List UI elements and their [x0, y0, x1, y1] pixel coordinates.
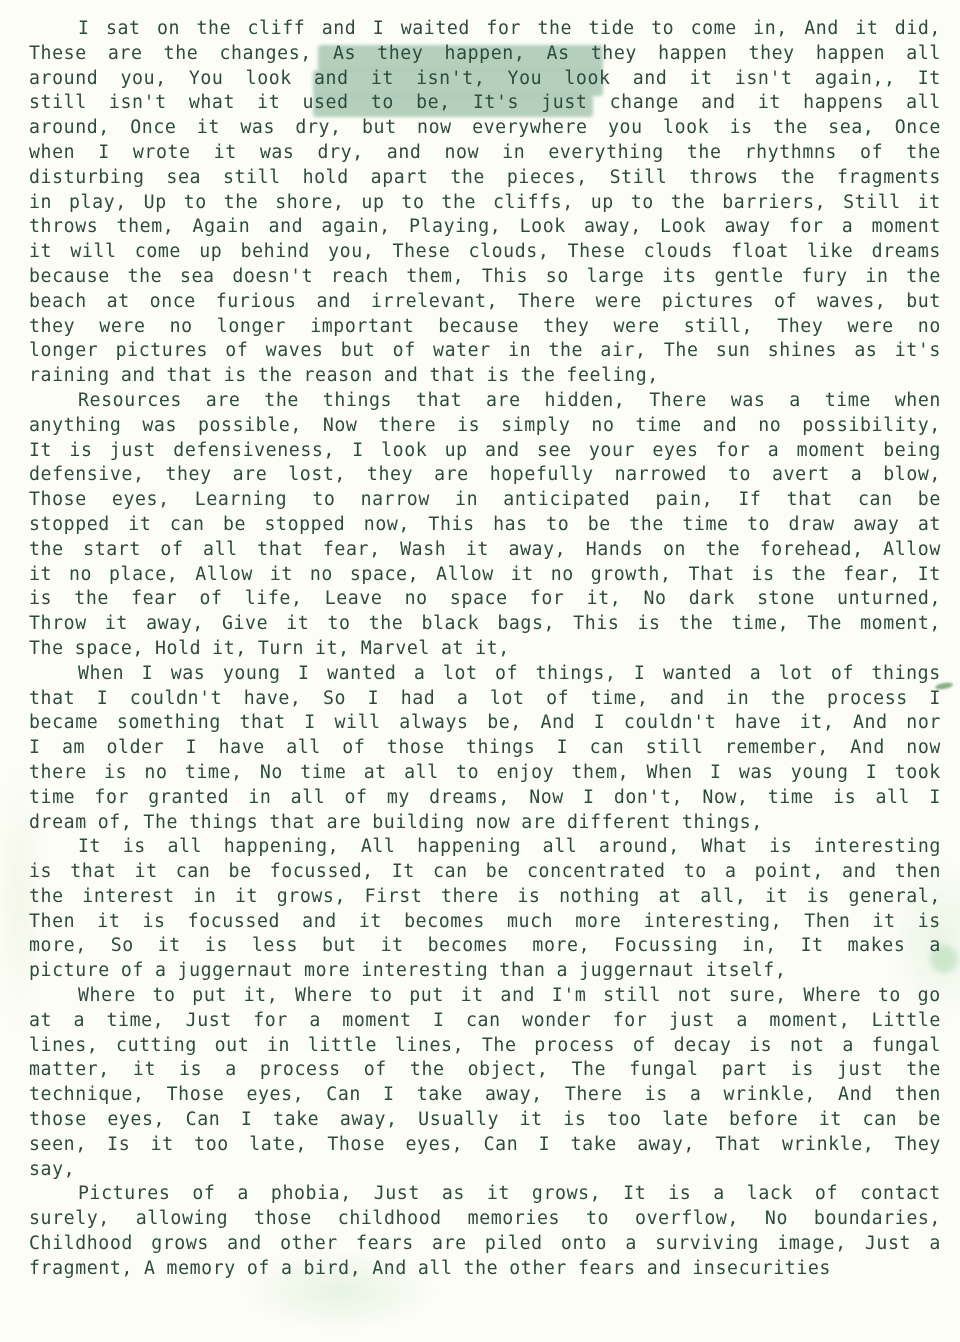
word: What	[701, 835, 747, 860]
word: young	[223, 662, 281, 687]
text-line: isthefearoflife,Leavenospaceforit,Nodark…	[29, 587, 941, 612]
word: I	[583, 786, 595, 811]
word: Childhood	[29, 1232, 133, 1257]
word: image,	[777, 1232, 846, 1257]
word: I	[368, 687, 380, 712]
word: and	[633, 67, 668, 92]
word: longer	[217, 315, 286, 340]
word: the	[197, 17, 232, 42]
word: technique,	[29, 1083, 145, 1108]
word: tide	[588, 17, 634, 42]
word: No	[260, 761, 283, 786]
word: are	[521, 811, 556, 836]
word: it,	[587, 587, 622, 612]
word: Still	[843, 191, 901, 216]
word: it's	[895, 339, 941, 364]
word: furious	[216, 290, 297, 315]
word: concentrated	[527, 860, 666, 885]
word: The	[29, 637, 64, 662]
word: in	[508, 339, 531, 364]
word: but	[906, 290, 941, 315]
word: Hands	[586, 538, 644, 563]
word: space,	[75, 637, 144, 662]
word: When	[78, 662, 124, 687]
word: now	[444, 141, 479, 166]
word: wonder	[522, 1009, 591, 1034]
word: isn't	[109, 91, 167, 116]
word: This	[573, 612, 619, 637]
word: simply	[501, 414, 570, 439]
word: Still	[610, 166, 668, 191]
word: of	[199, 587, 222, 612]
text-line: say,	[29, 1158, 941, 1183]
word: come	[691, 17, 737, 42]
word: I	[866, 761, 878, 786]
word: look	[564, 67, 610, 92]
word: air,	[600, 339, 646, 364]
word: in	[726, 687, 749, 712]
word: The	[482, 1034, 517, 1059]
word: other	[509, 1257, 567, 1282]
word: Learning	[195, 488, 287, 513]
word: There	[518, 290, 576, 315]
word: Playing,	[409, 215, 501, 240]
paragraph: Resourcesarethethingsthatarehidden,There…	[29, 389, 941, 662]
word: it	[690, 67, 713, 92]
word: them,	[406, 265, 464, 290]
word: it	[29, 563, 52, 588]
word: It	[78, 835, 101, 860]
word: unturned,	[837, 587, 941, 612]
word: not	[790, 1034, 825, 1059]
word: to	[586, 1207, 609, 1232]
word: a	[789, 389, 801, 414]
word: all,	[700, 885, 746, 910]
word: it,	[315, 637, 350, 662]
word: of	[815, 1182, 838, 1207]
word: different	[567, 811, 671, 836]
paragraph: Picturesofaphobia,Justasitgrows,Itisalac…	[29, 1182, 941, 1281]
word: of	[860, 141, 883, 166]
word: sat	[106, 17, 141, 42]
word: eyes,	[405, 1133, 463, 1158]
text-line: Picturesofaphobia,Justasitgrows,Itisalac…	[29, 1182, 941, 1207]
word: more,	[532, 934, 590, 959]
word: all	[906, 91, 941, 116]
word: lack	[747, 1182, 793, 1207]
word: lot	[779, 662, 814, 687]
word: eyes,	[112, 488, 170, 513]
word: itself,	[706, 959, 787, 984]
word: up	[591, 191, 614, 216]
word: to	[401, 191, 424, 216]
word: on	[157, 17, 180, 42]
word: is	[769, 835, 792, 860]
word: waves,	[817, 290, 886, 315]
word: point,	[755, 860, 824, 885]
word: the	[29, 538, 64, 563]
word: it	[758, 91, 781, 116]
word: It	[392, 860, 415, 885]
word: as	[442, 1182, 465, 1207]
word: boundaries,	[814, 1207, 941, 1232]
word: Just	[186, 1009, 232, 1034]
word: was	[142, 414, 177, 439]
text-line: rainingandthatisthereasonandthatisthefee…	[29, 364, 941, 389]
word: still,	[684, 315, 753, 340]
word: And	[853, 711, 888, 736]
word: nor	[906, 711, 941, 736]
word: and	[703, 414, 738, 439]
text-line: seen,Isittoolate,Thoseeyes,CanItakeaway,…	[29, 1133, 941, 1158]
word: wrinkle,	[782, 1133, 874, 1158]
word: have	[219, 736, 265, 761]
word: couldn't	[130, 687, 222, 712]
word: And	[850, 736, 885, 761]
word: away	[724, 215, 770, 240]
word: life,	[245, 587, 303, 612]
word: It	[29, 439, 52, 464]
word: so	[546, 265, 569, 290]
word: at	[29, 1009, 52, 1034]
word: I	[929, 786, 941, 811]
word: of	[192, 1182, 215, 1207]
word: put	[192, 984, 227, 1009]
word: It	[918, 563, 941, 588]
text-line: becamesomethingthatIwillalwaysbe,AndIcou…	[29, 711, 941, 736]
word: No	[765, 1207, 788, 1232]
word: is	[730, 116, 753, 141]
word: couldn't	[624, 711, 716, 736]
word: isn't	[735, 67, 793, 92]
word: have,	[244, 687, 302, 712]
text-line: thatIcouldn'thave,SoIhadalotoftime,andin…	[29, 687, 941, 712]
word: interesting	[361, 959, 488, 984]
word: young	[791, 761, 849, 786]
word: Look	[520, 215, 566, 240]
word: Usually	[418, 1108, 499, 1133]
word: Those	[29, 488, 87, 513]
word: but	[341, 339, 376, 364]
word: general,	[849, 885, 941, 910]
word: you,	[328, 240, 374, 265]
word: important	[310, 315, 414, 340]
word: it	[466, 538, 489, 563]
word: part	[722, 1058, 768, 1083]
word: a	[929, 934, 941, 959]
word: is	[123, 835, 146, 860]
word: to	[651, 17, 674, 42]
word: it	[214, 141, 237, 166]
word: A	[144, 1257, 156, 1282]
word: did,	[895, 17, 941, 42]
word: shore,	[275, 191, 344, 216]
word: it,	[212, 637, 247, 662]
word: say,	[29, 1158, 75, 1183]
word: is	[637, 612, 660, 637]
word: late	[662, 1108, 708, 1133]
word: anything	[29, 414, 121, 439]
word: be	[486, 860, 509, 885]
word: being	[883, 439, 941, 464]
word: isn't,	[416, 67, 485, 92]
word: at	[364, 761, 387, 786]
word: of	[342, 736, 365, 761]
word: stopped	[29, 513, 110, 538]
word: away,	[485, 1083, 543, 1108]
word: away,	[637, 1133, 695, 1158]
word: large	[587, 265, 645, 290]
text-line: defensive,theyarelost,theyarehopefullyna…	[29, 463, 941, 488]
word: Is	[107, 1133, 130, 1158]
word: look	[663, 116, 709, 141]
word: is	[807, 885, 830, 910]
word: time,	[185, 761, 243, 786]
word: eyes,	[246, 1083, 304, 1108]
word: don't,	[614, 786, 683, 811]
word: disturbing	[29, 166, 145, 191]
word: it,	[475, 637, 510, 662]
word: I	[557, 736, 569, 761]
word: your	[589, 439, 635, 464]
word: not	[678, 984, 713, 1009]
word: waves	[266, 339, 324, 364]
word: and	[500, 984, 535, 1009]
word: was	[739, 761, 774, 786]
word: in,	[742, 934, 777, 959]
text-line: Thoseeyes,Learningtonarrowinanticipatedp…	[29, 488, 941, 513]
word: are	[432, 1232, 467, 1257]
word: process	[827, 687, 908, 712]
word: shines	[768, 339, 837, 364]
text-line: Itisjustdefensiveness,Ilookupandseeyoure…	[29, 439, 941, 464]
word: It	[918, 67, 941, 92]
word: are	[206, 389, 241, 414]
word: are	[233, 463, 268, 488]
word: go	[918, 984, 941, 1009]
word: picture	[29, 959, 110, 984]
word: were	[99, 315, 145, 340]
word: to	[684, 860, 707, 885]
text-line: Thespace,Holdit,Turnit,Marvelatit,	[29, 637, 941, 662]
word: a	[237, 1182, 249, 1207]
word: in	[29, 191, 52, 216]
word: is	[224, 364, 247, 389]
word: but	[362, 116, 397, 141]
text-line: aroundyou,Youlookanditisn't,Youlookandit…	[29, 67, 941, 92]
word: can	[466, 1009, 501, 1034]
word: and	[701, 91, 736, 116]
word: They	[777, 315, 823, 340]
word: Where	[803, 984, 861, 1009]
text-line: thoseeyes,CanItakeaway,Usuallyitistoolat…	[29, 1108, 941, 1133]
word: time	[825, 389, 871, 414]
word: fears	[356, 1232, 414, 1257]
paragraph: WhenIwasyoungIwantedalotofthings,Iwanted…	[29, 662, 941, 836]
word: be	[588, 513, 611, 538]
word: The	[807, 612, 842, 637]
word: the	[679, 612, 714, 637]
word: All	[361, 835, 396, 860]
word: away,	[584, 215, 642, 240]
word: time	[29, 786, 75, 811]
word: I	[241, 1108, 253, 1133]
word: dreams,	[429, 786, 510, 811]
word: of	[247, 1257, 270, 1282]
word: are	[108, 42, 143, 67]
word: wrote	[133, 141, 191, 166]
word: becomes	[404, 910, 485, 935]
text-line: Thenitisfocussedanditbecomesmuchmoreinte…	[29, 910, 941, 935]
word: the	[773, 116, 808, 141]
word: are	[434, 463, 469, 488]
text-line: Throwitaway,Giveittotheblackbags,Thisist…	[29, 612, 941, 637]
word: That	[688, 563, 734, 588]
word: all	[203, 538, 238, 563]
word: Resources	[78, 389, 182, 414]
word: it,	[244, 984, 279, 1009]
word: that	[70, 860, 116, 885]
word: I	[186, 736, 198, 761]
word: to	[728, 463, 751, 488]
word: it	[286, 612, 309, 637]
word: they	[749, 42, 795, 67]
word: dark	[689, 587, 735, 612]
word: still	[603, 984, 661, 1009]
word: I	[298, 662, 310, 687]
word: a	[155, 959, 167, 984]
word: fragment,	[29, 1257, 133, 1282]
text-line: becausetheseadoesn'treachthem,Thissolarg…	[29, 265, 941, 290]
word: just	[669, 1009, 715, 1034]
word: around,	[29, 116, 110, 141]
text-line: longerpicturesofwavesbutofwaterintheair,…	[29, 339, 941, 364]
word: on	[663, 538, 686, 563]
word: avert	[772, 463, 830, 488]
word: doesn't	[232, 265, 313, 290]
word: no	[69, 563, 92, 588]
word: at	[107, 290, 130, 315]
word: gentle	[714, 265, 783, 290]
word: play,	[69, 191, 127, 216]
word: less	[252, 934, 298, 959]
word: its	[662, 265, 697, 290]
word: narrowed	[615, 463, 707, 488]
word: because	[29, 265, 110, 290]
word: time	[635, 414, 681, 439]
word: decay	[674, 1034, 732, 1059]
word: cliffs,	[493, 191, 574, 216]
word: pain,	[655, 488, 713, 513]
word: fragments	[837, 166, 941, 191]
word: waited	[401, 17, 470, 42]
word: up	[361, 191, 384, 216]
word: little	[308, 1034, 377, 1059]
word: No	[643, 587, 666, 612]
word: to	[369, 984, 392, 1009]
word: That	[715, 1133, 761, 1158]
word: no	[310, 563, 333, 588]
word: to	[152, 984, 175, 1009]
word: take	[571, 1133, 617, 1158]
word: can	[863, 1108, 898, 1133]
word: is	[791, 1058, 814, 1083]
word: I'm	[552, 984, 587, 1009]
word: that	[29, 687, 75, 712]
word: I	[78, 17, 90, 42]
word: out	[215, 1034, 250, 1059]
text-line: IsatonthecliffandIwaitedforthetidetocome…	[29, 17, 941, 42]
word: a	[74, 1009, 86, 1034]
word: in	[502, 141, 525, 166]
word: a	[625, 1232, 637, 1257]
word: just	[837, 1058, 883, 1083]
word: becomes	[428, 934, 509, 959]
word: feeling,	[566, 364, 658, 389]
word: of	[345, 786, 368, 811]
word: is	[918, 910, 941, 935]
word: and	[384, 364, 419, 389]
text-line: technique,Thoseeyes,CanItakeaway,Thereis…	[29, 1083, 941, 1108]
word: a	[851, 463, 863, 488]
word: come	[135, 240, 181, 265]
word: of	[831, 662, 854, 687]
word: away,	[508, 538, 566, 563]
word: overflow,	[635, 1207, 739, 1232]
word: much	[507, 910, 553, 935]
word: older	[106, 736, 164, 761]
word: the	[441, 191, 476, 216]
word: reason	[303, 364, 372, 389]
word: These	[568, 240, 626, 265]
word: it	[158, 934, 181, 959]
word: the	[548, 339, 583, 364]
word: fungal	[629, 1058, 698, 1083]
word: for	[530, 587, 565, 612]
word: stone	[757, 587, 815, 612]
word: pieces,	[507, 166, 588, 191]
word: surviving	[655, 1232, 759, 1257]
word: those	[254, 1207, 312, 1232]
word: lost,	[288, 463, 346, 488]
word: that	[416, 389, 462, 414]
word: bird,	[304, 1257, 362, 1282]
word: It	[801, 934, 824, 959]
word: now,	[364, 513, 410, 538]
word: a	[309, 1009, 321, 1034]
text-line: fragment,Amemoryofabird,Andalltheotherfe…	[29, 1257, 941, 1282]
text-line: pictureofajuggernautmoreinterestingthana…	[29, 959, 941, 984]
word: grows,	[277, 885, 346, 910]
word: Allow	[883, 538, 941, 563]
word: that	[239, 711, 285, 736]
word: was	[240, 116, 275, 141]
word: sun	[716, 339, 751, 364]
word: dreams	[872, 240, 941, 265]
word: other	[280, 1232, 338, 1257]
word: Can	[326, 1083, 361, 1108]
word: to	[327, 612, 350, 637]
text-line: isthatitcanbefocussed,Itcanbeconcentrate…	[29, 860, 941, 885]
word: narrow	[361, 488, 430, 513]
word: before	[729, 1108, 798, 1133]
word: of	[774, 290, 797, 315]
word: it	[855, 17, 878, 42]
text-line: surely,allowingthosechildhoodmemoriestoo…	[29, 1207, 941, 1232]
word: that	[269, 811, 315, 836]
word: I	[373, 17, 385, 42]
word: is	[645, 1083, 668, 1108]
